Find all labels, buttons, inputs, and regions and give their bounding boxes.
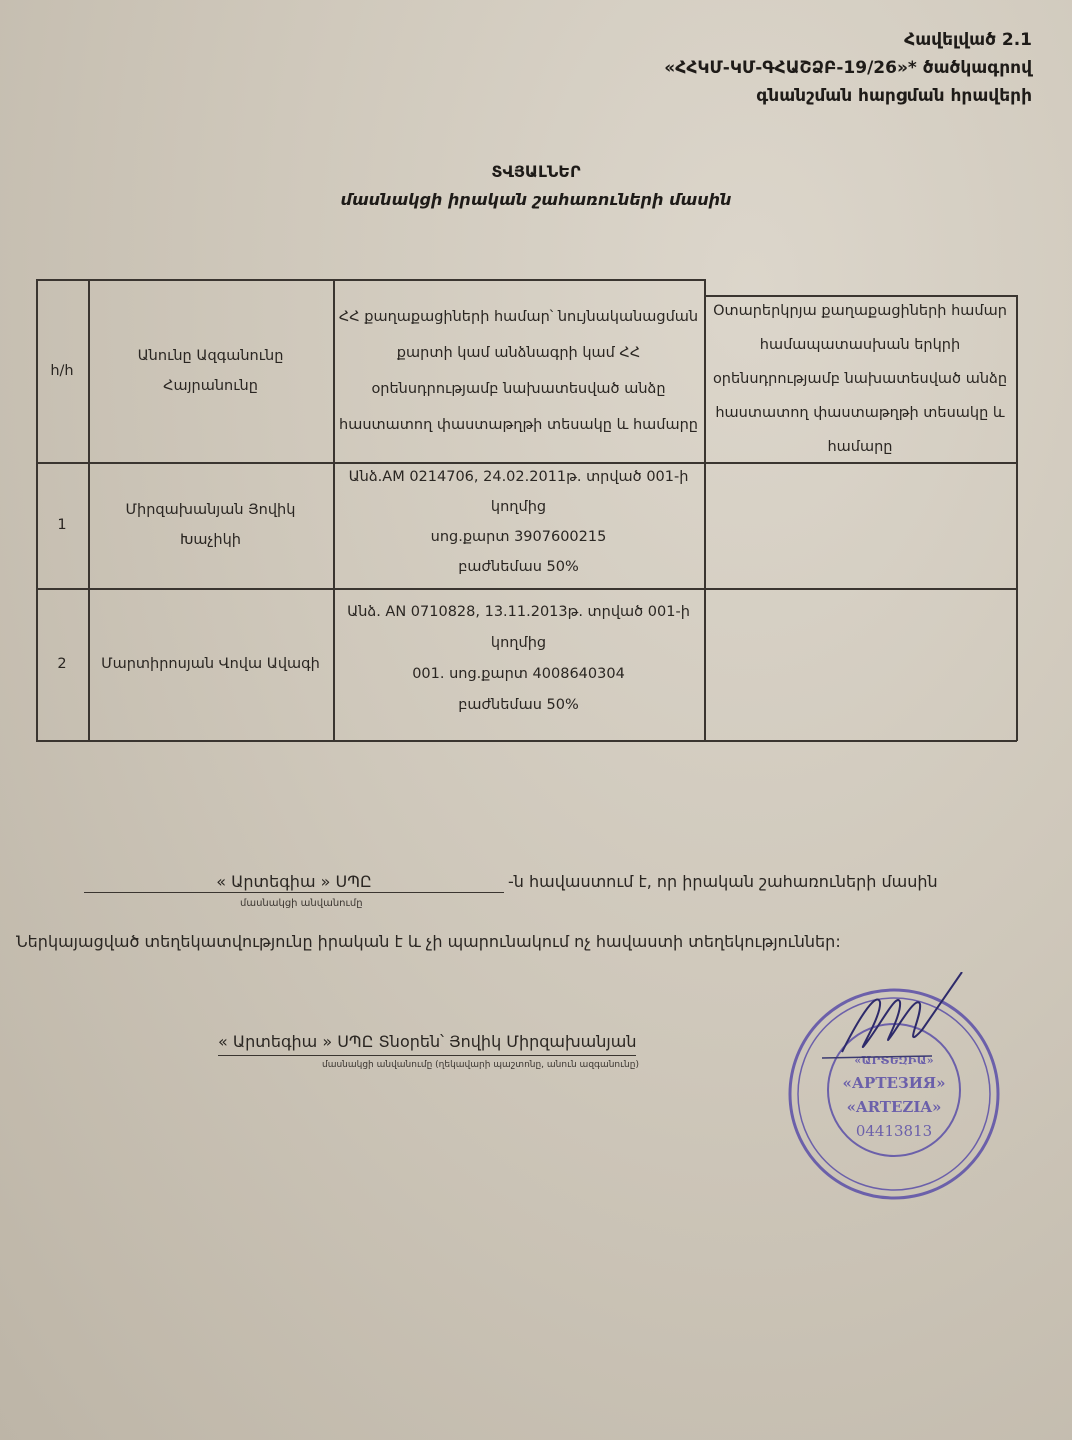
beneficiaries-table: հ/հ Անունը Ազգանունը Հայրանունը ՀՀ քաղաք… xyxy=(36,279,1017,741)
header-cell-name: Անունը Ազգանունը Հայրանունը xyxy=(88,279,333,462)
row-1-number: 1 xyxy=(36,462,88,588)
stamp-seal-icon: «ԱՐՏԵԶԻԱ» «АРТЕЗИЯ» «ARTEZIA» 04413813 xyxy=(782,972,1012,1202)
participant-name-field: « Արտեգիա » ՍՊԸ xyxy=(84,870,504,893)
row-1-name: Միրզախանյան Յովիկ Խաչիկի xyxy=(88,462,333,588)
signer-caption: մասնակցի անվանումը (ղեկավարի պաշտոնը, ան… xyxy=(322,1060,639,1070)
svg-text:04413813: 04413813 xyxy=(856,1122,932,1140)
header-cell-document-foreign: Օտարերկրյա քաղաքացիների համար համապատասխ… xyxy=(704,295,1016,462)
header-cell-number: հ/հ xyxy=(36,279,88,462)
row-2-number: 2 xyxy=(36,588,88,740)
participant-name: « Արտեգիա » ՍՊԸ xyxy=(216,872,371,891)
document-title: ՏՎՅԱԼՆԵՐ մասնակցի իրական շահառուների մաս… xyxy=(0,158,1072,214)
procurement-code: «ՀՀԿՄ-ԿՄ-ԳՀԱՇՁԲ-19/26»* ծածկագրով xyxy=(664,54,1032,82)
svg-text:«ARTEZIA»: «ARTEZIA» xyxy=(847,1098,942,1116)
svg-text:«АРТЕЗИЯ»: «АРТЕЗИЯ» xyxy=(842,1074,945,1092)
participant-caption: մասնակցի անվանումը xyxy=(240,898,363,909)
annex-number: Հավելված 2.1 xyxy=(664,26,1032,54)
header-cell-document-am: ՀՀ քաղաքացիների համար՝ նույնականացման քա… xyxy=(333,279,704,462)
row-1-document-am: Անձ.AM 0214706, 24.02.2011թ. տրված 001-ի… xyxy=(333,462,704,588)
row-2-name: Մարտիրոսյան Վովա Ավագի xyxy=(88,588,333,740)
row-2-document-am: Անձ. AN 0710828, 13.11.2013թ. տրված 001-… xyxy=(333,597,704,727)
confirmation-statement: Ներկայացված տեղեկատվությունը իրական է և … xyxy=(16,930,841,954)
document-page: Հավելված 2.1 «ՀՀԿՄ-ԿՄ-ԳՀԱՇՁԲ-19/26»* ծած… xyxy=(0,0,1072,1440)
title-subtitle: մասնակցի իրական շահառուների մասին xyxy=(0,186,1072,214)
company-stamp: «ԱՐՏԵԶԻԱ» «АРТЕЗИЯ» «ARTEZIA» 04413813 xyxy=(782,972,1012,1202)
row-1-document-foreign xyxy=(704,462,1016,588)
annex-description: գնանշման հարցման հրավերի xyxy=(664,82,1032,110)
confirmation-text: -ն հավաստում է, որ իրական շահառուների մա… xyxy=(508,870,938,894)
row-2-document-foreign xyxy=(704,588,1016,740)
annex-header: Հավելված 2.1 «ՀՀԿՄ-ԿՄ-ԳՀԱՇՁԲ-19/26»* ծած… xyxy=(664,26,1032,110)
signer-field: « Արտեգիա » ՍՊԸ Տնօրեն՝ Յովիկ Միրզախանյա… xyxy=(218,1030,636,1056)
title-main: ՏՎՅԱԼՆԵՐ xyxy=(0,158,1072,186)
